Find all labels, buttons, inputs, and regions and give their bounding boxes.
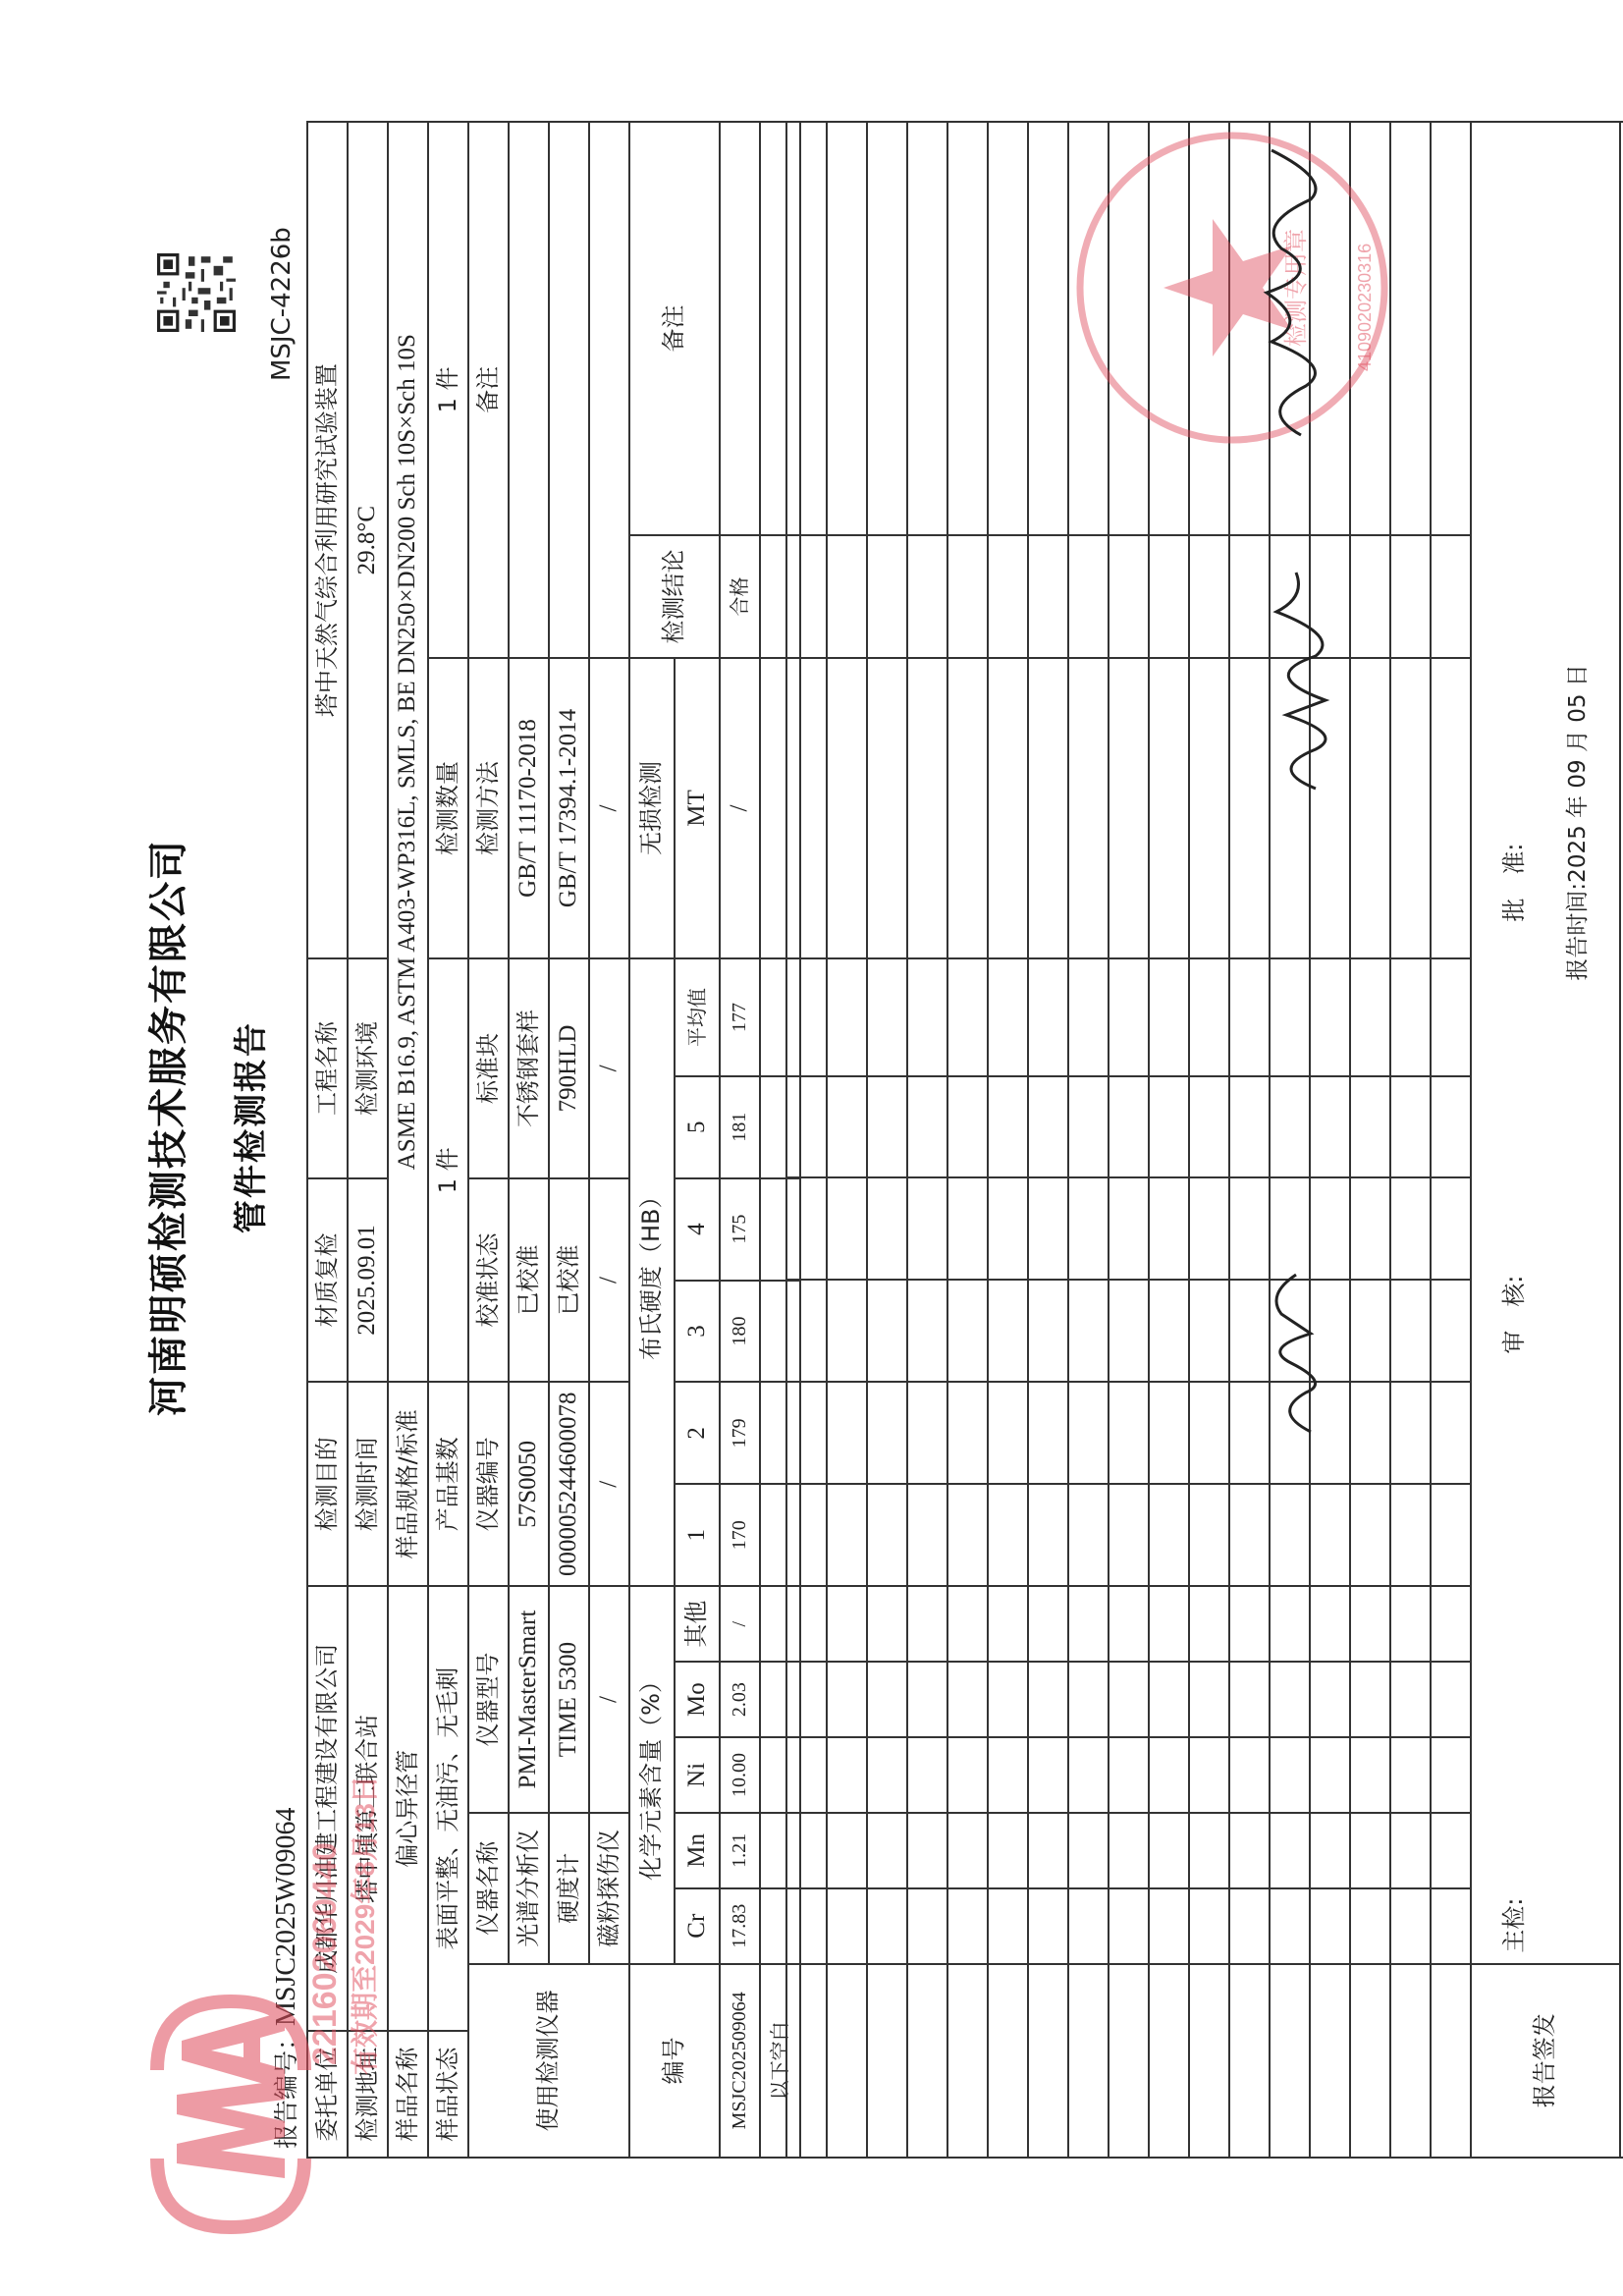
instr-name: 磁粉探伤仪 [589, 1813, 629, 1964]
env-label: 检测环境 [348, 958, 388, 1177]
qty-value: 1 件 [428, 122, 468, 658]
base-label: 产品基数 [428, 1382, 468, 1586]
hardness-header: 布氏硬度（HB） [629, 958, 675, 1586]
instr-model: / [589, 1586, 629, 1813]
qty-label: 检测数量 [428, 658, 468, 958]
info-row-sample: 样品名称 偏心异径管 样品规格/标准 ASME B16.9, ASTM A403… [388, 122, 428, 2158]
blank-row [1390, 122, 1431, 2158]
purpose-label: 检测目的 [307, 1382, 348, 1586]
instr-block: / [589, 958, 629, 1177]
base-value: 1 件 [428, 958, 468, 1382]
instrument-row: 磁粉探伤仪 / / / / / [589, 122, 629, 2158]
value-ndt: / [720, 658, 760, 958]
instr-remark [549, 122, 589, 658]
blank-row [1431, 122, 1471, 2158]
approver-label: 批 准: [1501, 843, 1529, 921]
seal-label: 检测专用章 [1276, 229, 1311, 347]
sample-name-label: 样品名称 [388, 2031, 428, 2158]
report-page: 河南明硕检测技术服务有限公司 管件检测报告 报告编号：MSJC2025W0906… [0, 0, 1623, 2296]
result-row: MSJC202509064 17.83 1.21 10.00 2.03 / 17… [720, 122, 760, 2158]
instr-calibration: 已校准 [509, 1178, 549, 1383]
info-row-state: 样品状态 表面平整、无油污、无毛刺 产品基数 1 件 检测数量 1 件 [428, 122, 468, 2158]
chem-header: 化学元素含量（%） [629, 1586, 675, 1963]
value-hb-4: 175 [720, 1178, 760, 1281]
instrument-row: 硬度计 TIME 5300 000005244600078 已校准 790HLD… [549, 122, 589, 2158]
hb-2: 2 [675, 1382, 720, 1484]
value-hb-5: 181 [720, 1076, 760, 1178]
instr-serial: 57S0050 [509, 1382, 549, 1586]
value-other: / [720, 1586, 760, 1662]
instr-name: 硬度计 [549, 1813, 589, 1964]
value-cr: 17.83 [720, 1888, 760, 1964]
project-value: 塔中天然气综合利用研究试验装置 [307, 122, 348, 958]
time-label: 检测时间 [348, 1382, 388, 1586]
blank-row [1109, 122, 1149, 2158]
blank-row [827, 122, 867, 2158]
report-number: 报告编号：MSJC2025W09064 [267, 1808, 302, 2149]
blank-row [947, 122, 988, 2158]
instr-remark [589, 122, 629, 658]
project-label: 工程名称 [307, 958, 348, 1177]
results-header-row: 编号 化学元素含量（%） 布氏硬度（HB） 无损检测 检测结论 备注 [629, 122, 675, 2158]
instr-method: GB/T 17394.1-2014 [549, 658, 589, 958]
state-value: 表面平整、无油污、无毛刺 [428, 1586, 468, 2031]
purpose-value: 材质复检 [307, 1178, 348, 1383]
instr-method: / [589, 658, 629, 958]
blank-row [867, 122, 907, 2158]
instr-calibration: / [589, 1178, 629, 1383]
chem-ni: Ni [675, 1737, 720, 1813]
qr-code-icon [157, 253, 236, 332]
chem-other: 其他 [675, 1586, 720, 1662]
issue-label: 报告签发 [1471, 1964, 1620, 2158]
instr-remark [509, 122, 549, 658]
env-value: 29.8°C [348, 122, 388, 958]
value-conclusion: 合格 [720, 535, 760, 658]
report-table-lower: 报告签发主检:审 核:批 准:报告时间:2025 年 09 月 05 日说明：报… [785, 121, 1623, 2159]
spec-label: 样品规格/标准 [388, 1382, 428, 1586]
value-hb-1: 170 [720, 1484, 760, 1586]
report-date-label: 报告时间: [1565, 883, 1591, 981]
blank-row [907, 122, 947, 2158]
cma-number: 221602060440 [306, 1842, 345, 2065]
chem-cr: Cr [675, 1888, 720, 1964]
instr-header-model: 仪器型号 [468, 1586, 509, 1813]
hb-5: 5 [675, 1076, 720, 1178]
report-number-label: 报告编号： [272, 2026, 300, 2149]
instr-header-name: 仪器名称 [468, 1813, 509, 1964]
instr-name: 光谱分析仪 [509, 1813, 549, 1964]
report-date: 报告时间:2025 年 09 月 05 日 [1565, 664, 1591, 980]
instr-serial: / [589, 1382, 629, 1586]
instr-header-calibration: 校准状态 [468, 1178, 509, 1383]
seal-number: 4109020230316 [1355, 244, 1376, 371]
instrument-row: 光谱分析仪 PMI-MasterSmart 57S0050 已校准 不锈钢套样 … [509, 122, 549, 2158]
instr-method: GB/T 11170-2018 [509, 658, 549, 958]
blank-row [1189, 122, 1229, 2158]
chem-mn: Mn [675, 1813, 720, 1888]
blank-row [1028, 122, 1068, 2158]
instrument-header-row: 使用检测仪器 仪器名称 仪器型号 仪器编号 校准状态 标准块 检测方法 备注 [468, 122, 509, 2158]
hb-avg: 平均值 [675, 958, 720, 1075]
instr-block: 不锈钢套样 [509, 958, 549, 1177]
blank-row [786, 122, 827, 2158]
instr-serial: 000005244600078 [549, 1382, 589, 1586]
hb-1: 1 [675, 1484, 720, 1586]
reviewer-label: 审 核: [1501, 1275, 1529, 1353]
value-hb-2: 179 [720, 1382, 760, 1484]
value-remark [720, 122, 760, 535]
ndt-sub: MT [675, 658, 720, 958]
instruments-section-label: 使用检测仪器 [468, 1964, 629, 2158]
instr-header-remark: 备注 [468, 122, 509, 658]
blank-row [1068, 122, 1109, 2158]
blank-row [1350, 122, 1390, 2158]
blank-row [1310, 122, 1350, 2158]
report-number-value: MSJC2025W09064 [271, 1808, 301, 2026]
report-date-value: 2025 年 09 月 05 日 [1565, 664, 1591, 883]
sample-name-value: 偏心异径管 [388, 1586, 428, 2031]
instr-block: 790HLD [549, 958, 589, 1177]
form-code: MSJC-4226b [267, 227, 297, 381]
value-ni: 10.00 [720, 1737, 760, 1813]
conclusion-header: 检测结论 [629, 535, 720, 658]
cma-validity: 有效期至2029年8月13日 [344, 1776, 383, 2075]
hb-3: 3 [675, 1281, 720, 1383]
value-mn: 1.21 [720, 1813, 760, 1888]
blank-row [988, 122, 1028, 2158]
hb-4: 4 [675, 1178, 720, 1281]
spec-value: ASME B16.9, ASTM A403-WP316L, SMLS, BE D… [388, 122, 428, 1382]
sample-id: MSJC202509064 [720, 1964, 760, 2158]
value-hb-avg: 177 [720, 958, 760, 1075]
chem-mo: Mo [675, 1662, 720, 1737]
instr-model: PMI-MasterSmart [509, 1586, 549, 1813]
ndt-header: 无损检测 [629, 658, 675, 958]
state-label: 样品状态 [428, 2031, 468, 2158]
instr-model: TIME 5300 [549, 1586, 589, 1813]
instr-header-serial: 仪器编号 [468, 1382, 509, 1586]
remark-header: 备注 [629, 122, 720, 535]
instr-header-block: 标准块 [468, 958, 509, 1177]
report-title: 管件检测报告 [224, 636, 272, 1618]
value-hb-3: 180 [720, 1281, 760, 1383]
time-value: 2025.09.01 [348, 1178, 388, 1383]
company-name: 河南明硕检测技术服务有限公司 [137, 636, 193, 1618]
inspector-label: 主检: [1501, 1897, 1529, 1952]
signoff-row: 报告签发主检:审 核:批 准:报告时间:2025 年 09 月 05 日 [1471, 122, 1620, 2158]
blank-row [1270, 122, 1310, 2158]
instr-header-method: 检测方法 [468, 658, 509, 958]
blank-row [1149, 122, 1189, 2158]
value-mo: 2.03 [720, 1662, 760, 1737]
blank-row [1229, 122, 1270, 2158]
sample-id-header: 编号 [629, 1964, 720, 2158]
instr-calibration: 已校准 [549, 1178, 589, 1383]
signoff-cell: 主检:审 核:批 准:报告时间:2025 年 09 月 05 日 [1471, 122, 1620, 1964]
